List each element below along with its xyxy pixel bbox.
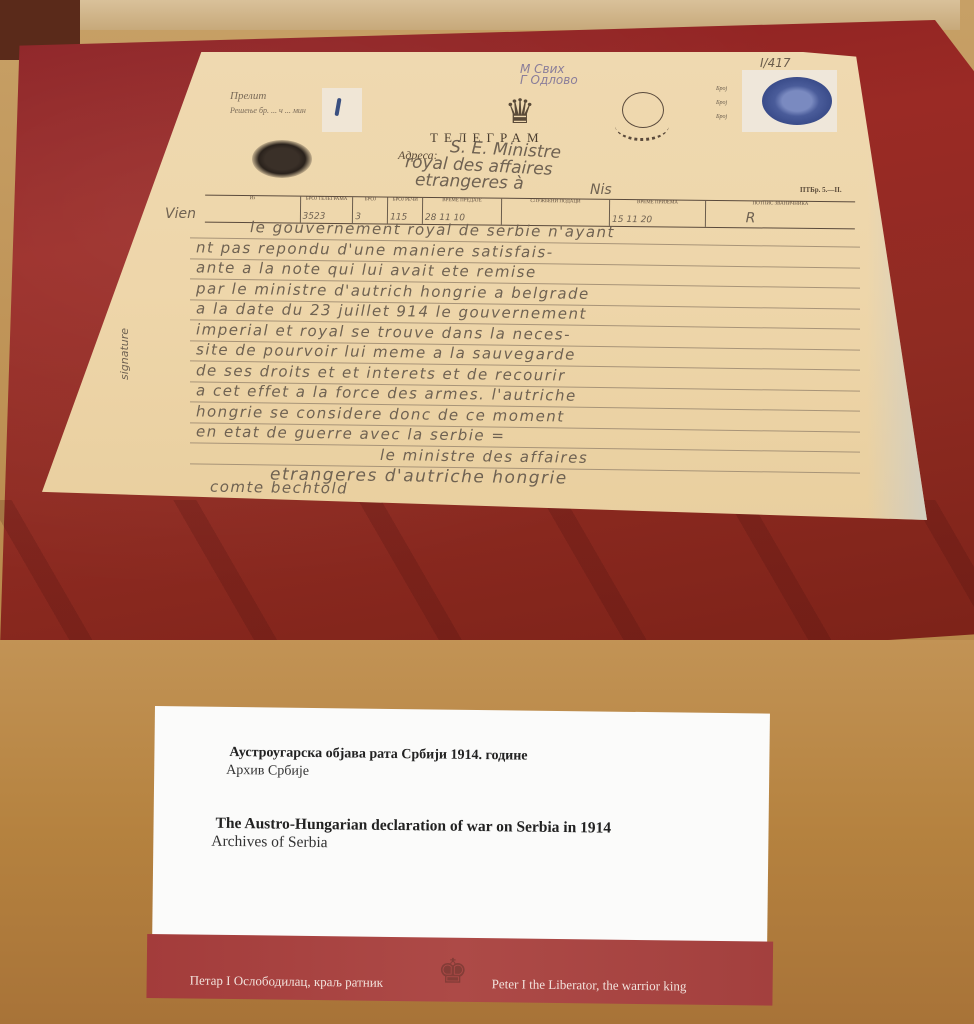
king-portrait-icon: ♚ [434,950,471,996]
form-preliminary: Прелит Решење бр. ... ч ... мин [230,90,306,115]
band-english-caption: Peter I the Liberator, the warrior king [492,976,687,994]
form-label: Број [716,110,727,124]
cell-label: Из [250,196,256,201]
document-number: I/417 [760,56,791,70]
cell-label: СЛУЖБЕНИ ПОДАЦИ [530,199,580,205]
dotted-stamp-icon [615,110,669,141]
vertical-signature: signature [118,328,131,380]
preliminary-sub: Решење бр. ... ч ... мин [230,106,306,115]
form-label: Број [716,82,727,96]
form-code: ПТБр. 5.—II. [800,186,842,194]
pencil-note: М Свих Г Одлово [520,64,578,86]
cell-label: ВРЕМЕ ПРЕДАЈЕ [442,198,481,203]
cell-label: БРОЈ [365,197,376,202]
serbian-source: Архив Србије [226,763,309,780]
right-form-labels: Број Број Број [716,82,727,124]
cell-label: БРОЈ РЕЧИ [393,198,418,203]
black-postmark-stamp-icon [252,140,312,178]
coat-of-arms-icon: ♛ [497,93,543,133]
label-card-body: Аустроугарска објава рата Србији 1914. г… [152,706,770,945]
address-line: etrangeres à [415,170,524,194]
postage-stub [322,88,362,132]
english-source: Archives of Serbia [211,833,327,852]
pencil-note-line: Г Одлово [520,75,578,86]
cell-label: ПОТПИС ЗВАНИЧНИКА [753,201,809,207]
cell-label: БРОЈ ТЕЛЕГРАМА [306,197,348,202]
cell-label: ВРЕМЕ ПРИЈЕМА [637,200,678,205]
serbian-title: Аустроугарска објава рата Србији 1914. г… [229,745,527,765]
blue-seal-icon [762,77,832,125]
label-card-band: Петар I Ослободилац, краљ ратник ♚ Peter… [146,934,773,1006]
form-label: Број [716,96,727,110]
preliminary-label: Прелит [230,90,306,102]
band-serbian-caption: Петар I Ослободилац, краљ ратник [190,973,384,991]
telegram-body: le gouvernement royal de serbie n'ayantn… [190,222,860,501]
velvet-folds [0,500,974,660]
address-line: Nis [590,182,612,198]
museum-label-card: Аустроугарска објава рата Србији 1914. г… [146,706,769,1004]
